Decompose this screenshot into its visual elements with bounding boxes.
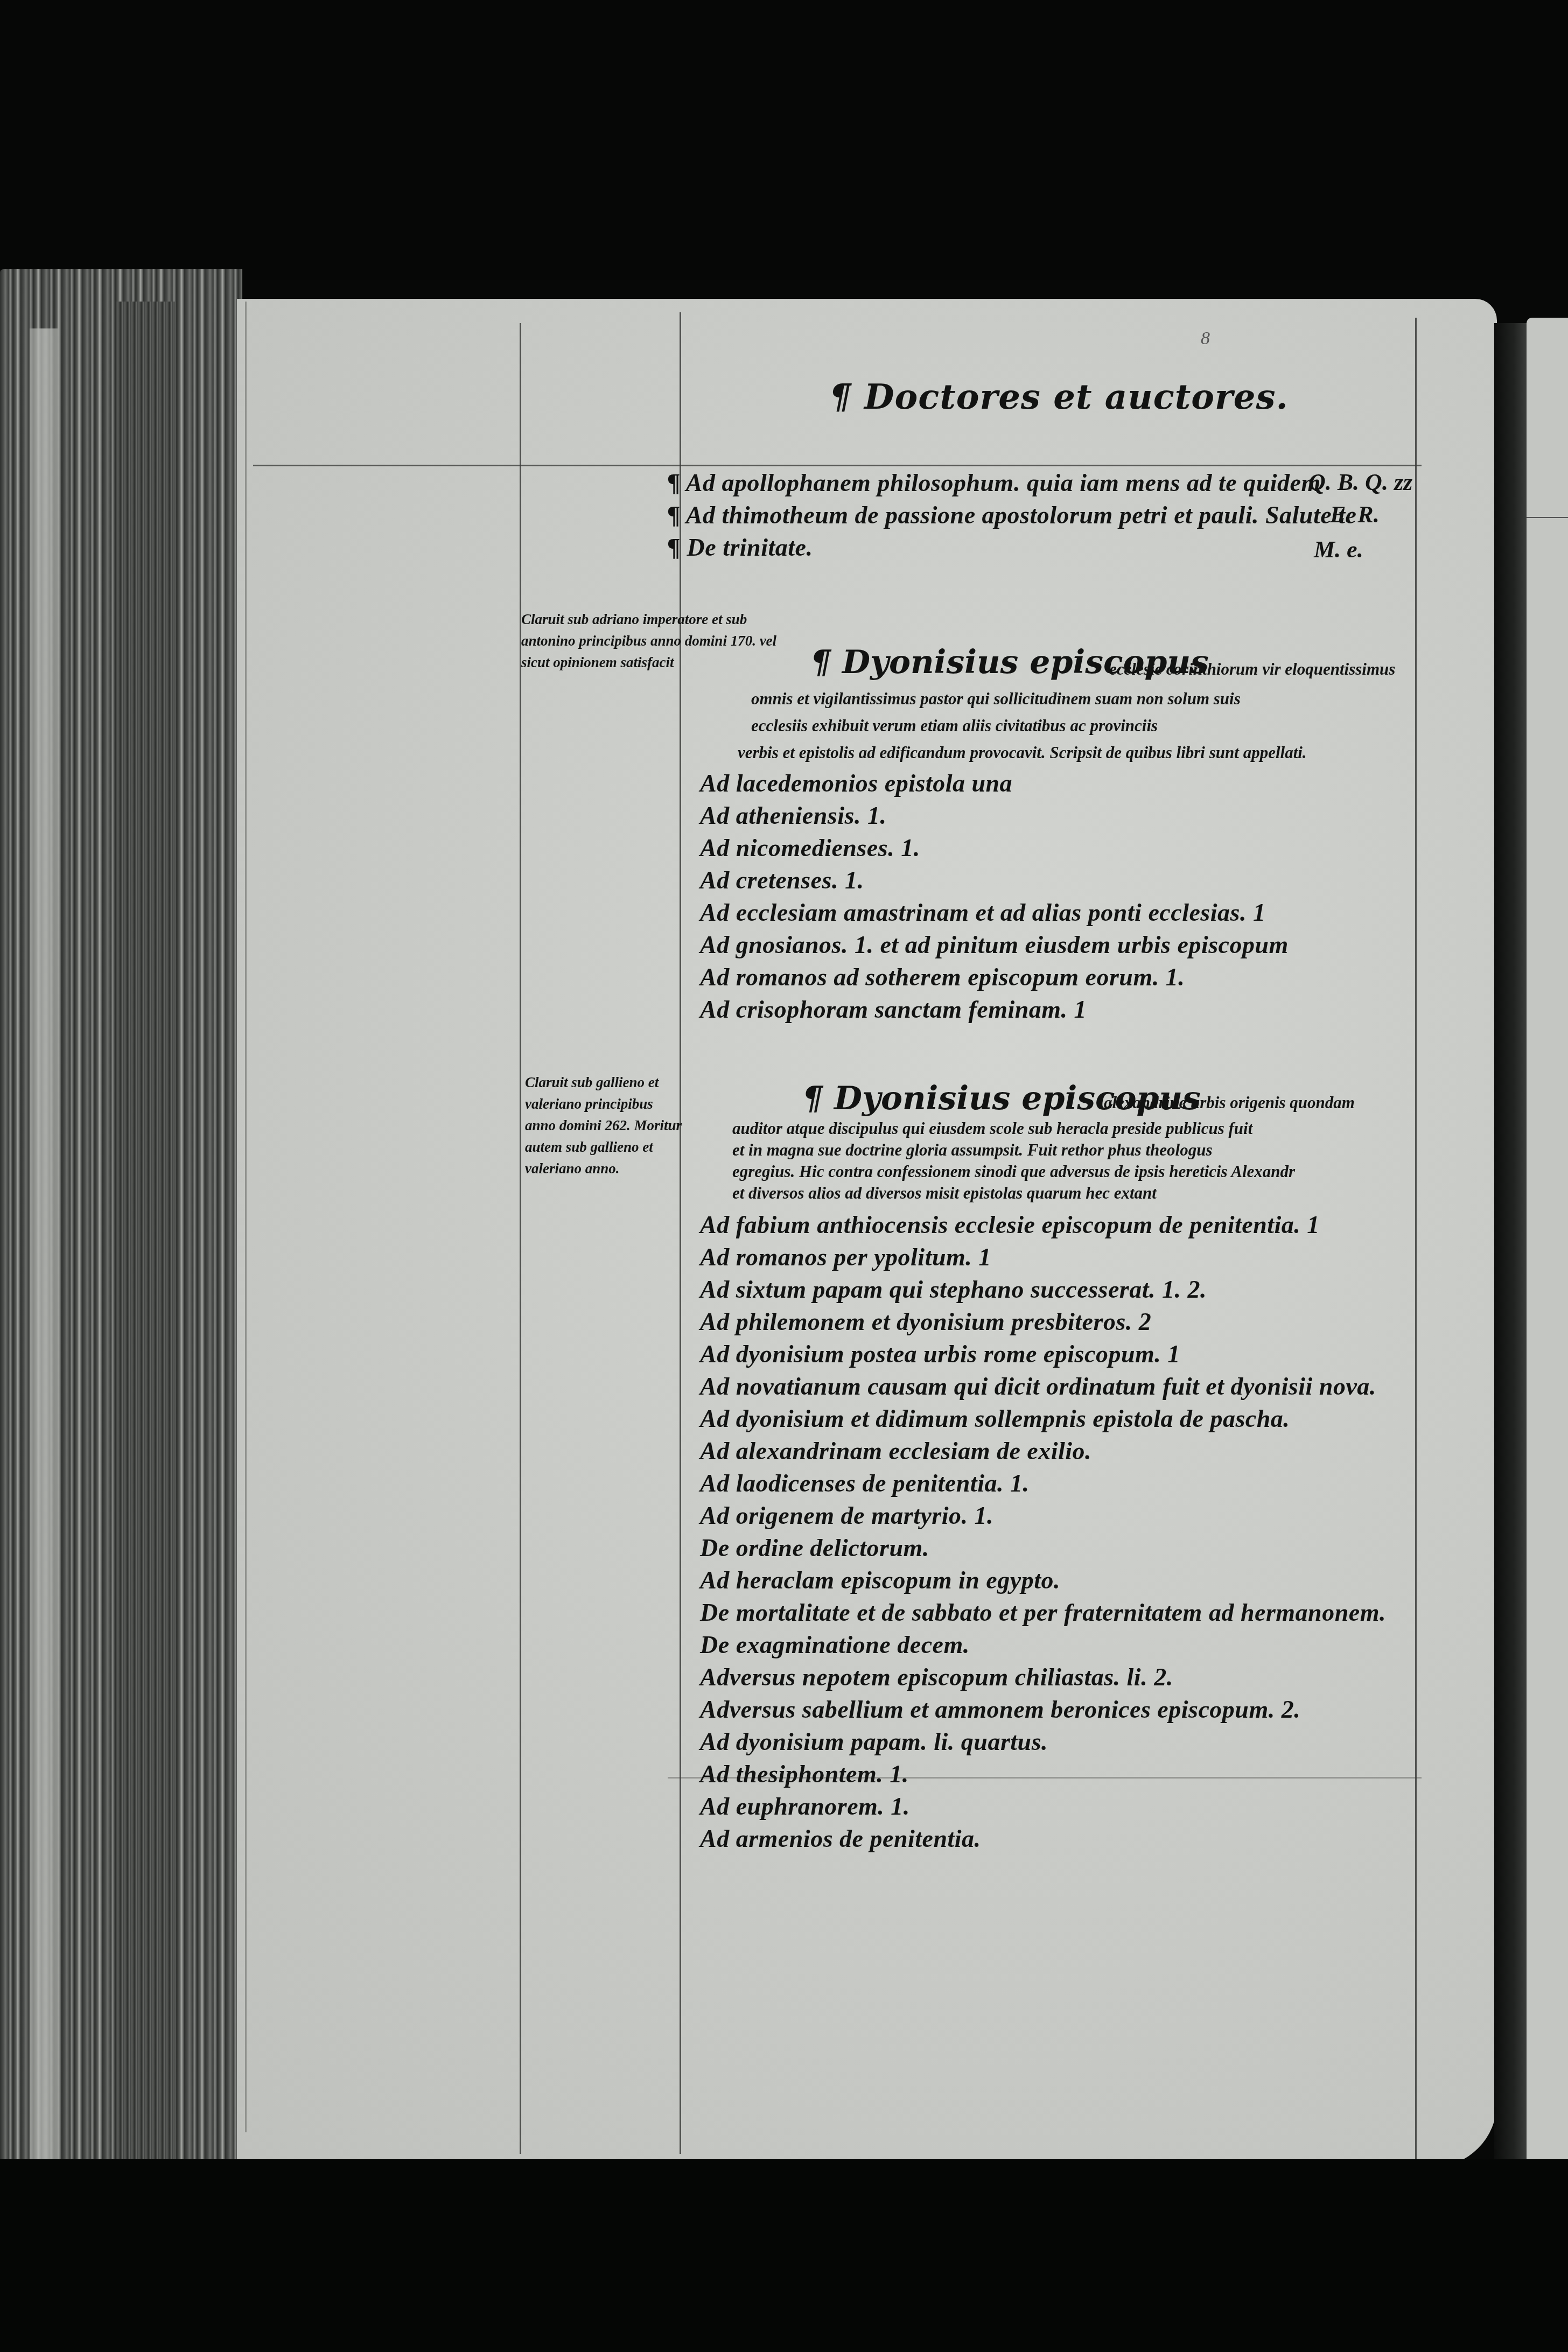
facing-page-edge (1527, 318, 1568, 2159)
list-item: Ad gnosianos. 1. et ad pinitum eiusdem u… (700, 929, 1289, 961)
list-item: Ad atheniensis. 1. (700, 800, 1289, 832)
top-entry-2: ¶ Ad thimotheum de passione apostolorum … (668, 501, 1356, 529)
list-item: Ad novatianum causam qui dicit ordinatum… (700, 1370, 1386, 1403)
list-item: De mortalitate et de sabbato et per frat… (700, 1597, 1386, 1629)
section2-heading-suffix: alexandrine urbis origenis quondam (1104, 1093, 1355, 1112)
paragraph-mark-icon: ¶ (829, 377, 852, 417)
ruling-margin-inner (680, 312, 681, 2154)
section2-intro-line-2: et in magna sue doctrine gloria assumpsi… (732, 1140, 1212, 1160)
paragraph-mark-icon: ¶ (668, 534, 687, 561)
book-fore-edge-highlight (30, 328, 59, 2159)
entry-text: De trinitate. (687, 534, 813, 561)
top-entry-3-ref: M. e. (1314, 536, 1363, 563)
list-item: Ad dyonisium et didimum sollempnis epist… (700, 1403, 1386, 1435)
list-item: Ad euphranorem. 1. (700, 1790, 1386, 1823)
ruling-top-line (253, 465, 1422, 466)
list-item: Ad nicomedienses. 1. (700, 832, 1289, 864)
list-item: Ad ecclesiam amastrinam et ad alias pont… (700, 897, 1289, 929)
ruling-margin-right (1415, 318, 1417, 2159)
section2-intro-line-3: egregius. Hic contra confessionem sinodi… (732, 1162, 1295, 1181)
list-item: Ad lacedemonios epistola una (700, 767, 1289, 800)
top-entry-3: ¶ De trinitate. (668, 533, 813, 562)
book-gutter (1494, 323, 1527, 2186)
list-item: Ad dyonisium postea urbis rome episcopum… (700, 1338, 1386, 1370)
folio-mark: 8 (1201, 328, 1210, 349)
list-item: Ad armenios de penitentia. (700, 1823, 1386, 1855)
top-entry-1-ref: Q. B. Q. zz (1308, 468, 1412, 496)
paragraph-mark-icon: ¶ (668, 501, 686, 529)
section2-intro-line-4: et diversos alios ad diversos misit epis… (732, 1184, 1157, 1203)
section2-margin-note: Claruit sub gallieno et valeriano princi… (525, 1072, 687, 1179)
section1-work-list: Ad lacedemonios epistola una Ad athenien… (700, 767, 1289, 1026)
photo-background-bottom (0, 2159, 1568, 2352)
list-item: De ordine delictorum. (700, 1532, 1386, 1564)
top-entry-1: ¶ Ad apollophanem philosophum. quia iam … (668, 468, 1321, 497)
entry-text: Ad apollophanem philosophum. quia iam me… (686, 469, 1321, 496)
top-entry-2-ref: E. R. (1330, 501, 1380, 528)
section2-intro-line-1: auditor atque discipulus qui eiusdem sco… (732, 1119, 1252, 1138)
list-item: Ad crisophoram sanctam feminam. 1 (700, 993, 1289, 1026)
paragraph-mark-icon: ¶ (802, 1080, 834, 1117)
section1-margin-note: Claruit sub adriano imperatore et sub an… (521, 608, 780, 673)
list-item: Adversus nepotem episcopum chiliastas. l… (700, 1661, 1386, 1693)
list-item: Ad romanos ad sotherem episcopum eorum. … (700, 961, 1289, 993)
list-item: Ad fabium anthiocensis ecclesie episcopu… (700, 1209, 1386, 1241)
section1-intro-line-1: ecclesie corinthiorum vir eloquentissimu… (1109, 660, 1395, 679)
list-item: Ad sixtum papam qui stephano successerat… (700, 1273, 1386, 1306)
photo-background-top (0, 0, 1568, 280)
paragraph-mark-icon: ¶ (810, 643, 842, 681)
list-item: Ad thesiphontem. 1. (700, 1758, 1386, 1790)
list-item: Ad philemonem et dyonisium presbiteros. … (700, 1306, 1386, 1338)
page-edge (245, 302, 247, 2132)
paragraph-mark-icon: ¶ (668, 469, 686, 496)
list-item: Ad laodicenses de penitentia. 1. (700, 1467, 1386, 1500)
list-item: Ad alexandrinam ecclesiam de exilio. (700, 1435, 1386, 1467)
list-item: Ad cretenses. 1. (700, 864, 1289, 897)
list-item: Ad origenem de martyrio. 1. (700, 1500, 1386, 1532)
list-item: Ad heraclam episcopum in egypto. (700, 1564, 1386, 1597)
facing-page-ruling (1527, 517, 1568, 518)
ruling-margin-left (520, 323, 521, 2154)
page-title: ¶ Doctores et auctores. (829, 377, 1289, 417)
list-item: Ad romanos per ypolitum. 1 (700, 1241, 1386, 1273)
page-title-text: Doctores et auctores. (864, 377, 1289, 417)
section1-intro-line-3: ecclesiis exhibuit verum etiam aliis civ… (751, 716, 1158, 736)
section1-intro-line-2: omnis et vigilantissimus pastor qui soll… (751, 689, 1241, 709)
section2-work-list: Ad fabium anthiocensis ecclesie episcopu… (700, 1209, 1386, 1855)
entry-text: Ad thimotheum de passione apostolorum pe… (686, 501, 1357, 529)
section1-intro-line-4: verbis et epistolis ad edificandum provo… (738, 743, 1307, 762)
list-item: Ad dyonisium papam. li. quartus. (700, 1726, 1386, 1758)
list-item: Adversus sabellium et ammonem beronices … (700, 1693, 1386, 1726)
book-fore-edge-leaves (116, 302, 175, 2159)
list-item: De exagminatione decem. (700, 1629, 1386, 1661)
